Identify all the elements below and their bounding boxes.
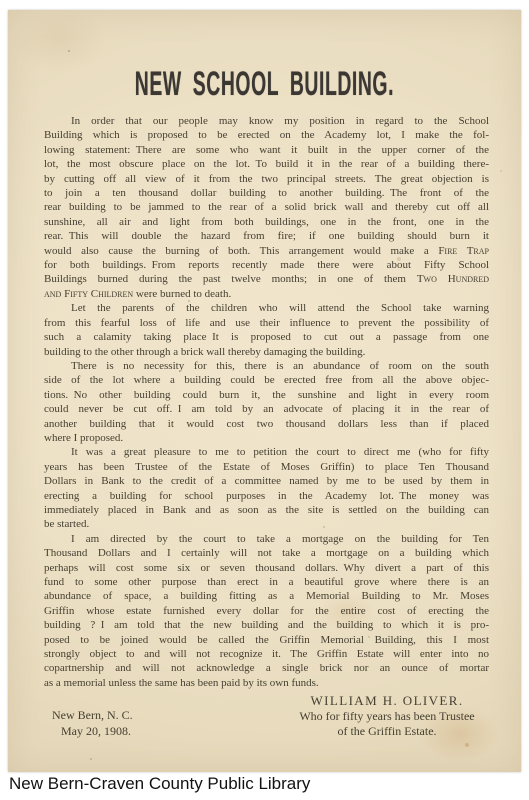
text-line: fund to some other purpose than erect in… [44, 575, 489, 589]
text-line: such a calamity taking place It is propo… [44, 330, 489, 344]
text-line: I am directed by the court to take a mor… [44, 532, 489, 546]
text-line: by cutting off all view of it from the t… [44, 172, 489, 186]
closing-block: New Bern, N. C. May 20, 1908. WILLIAM H.… [52, 693, 503, 739]
text-line: building ? I am told that the new buildi… [44, 618, 489, 632]
text-line: lot, the most obscure place on the lot. … [44, 157, 489, 171]
text-line: rear. This will double the hazard from f… [44, 229, 489, 243]
text-line: Dollars in Bank to the credit of a commi… [44, 474, 489, 488]
text-line: posed to be joined would be called the G… [44, 633, 489, 647]
library-caption: New Bern-Craven County Public Library [9, 774, 310, 794]
title-row: NEW SCHOOL BUILDING. [8, 10, 521, 104]
scan-page: NEW SCHOOL BUILDING. In order that our p… [0, 0, 529, 800]
paragraph: There is no necessity for this, there is… [44, 359, 489, 445]
paragraph: In order that our people may know my pos… [44, 114, 489, 301]
text-line: years has been Trustee of the Estate of … [44, 460, 489, 474]
text-line: side of the lot where a building could b… [44, 373, 489, 387]
text-line: strongly object to and will not recogniz… [44, 647, 489, 661]
text-line: another building that it would cost two … [44, 417, 489, 431]
text-line: Building which is proposed to be erected… [44, 128, 489, 142]
text-line: lowing statement: There are some who wan… [44, 143, 489, 157]
signature-role-line2: of the Griffin Estate. [271, 724, 503, 739]
text-line: for both buildings. From reports recentl… [44, 258, 489, 272]
text-line: immediately placed in Bank and as soon a… [44, 503, 489, 517]
text-line: erecting a building for school purposes … [44, 489, 489, 503]
paragraph: It was a great pleasure to me to petitio… [44, 445, 489, 531]
text-line: rear building to be jammed to the rear o… [44, 200, 489, 214]
text-line: Let the parents of the children who will… [44, 301, 489, 315]
text-line: to join a ten thousand dollar building t… [44, 186, 489, 200]
text-line: copartnership and will not acknowledge a… [44, 661, 489, 675]
document-title: NEW SCHOOL BUILDING. [135, 66, 394, 102]
text-line: abundance of space, a building fitting a… [44, 589, 489, 603]
text-line: from this fearful loss of life and use t… [44, 316, 489, 330]
text-line: as a memorial unless the same has been p… [44, 676, 489, 690]
text-line: would also cause the burning of both. Th… [44, 244, 489, 258]
text-line: sunshine, all air and light from both bu… [44, 215, 489, 229]
text-line: There is no necessity for this, there is… [44, 359, 489, 373]
dateline: New Bern, N. C. May 20, 1908. [52, 693, 133, 739]
signature-block: WILLIAM H. OLIVER. Who for fifty years h… [271, 693, 503, 739]
signature-name: WILLIAM H. OLIVER. [271, 693, 503, 708]
text-line: It was a great pleasure to me to petitio… [44, 445, 489, 459]
text-line: perhaps will cost some six or seven thou… [44, 561, 489, 575]
text-line: where I proposed. [44, 431, 489, 445]
text-line: Buildings burned during the past twelve … [44, 272, 489, 286]
text-line: In order that our people may know my pos… [44, 114, 489, 128]
text-line: tions. No other building could burn it, … [44, 388, 489, 402]
text-line: Thousand Dollars and I certainly will no… [44, 546, 489, 560]
signature-role-line1: Who for fifty years has been Trustee [271, 709, 503, 724]
text-line: could never be cut off. I am told by an … [44, 402, 489, 416]
text-line: be started. [44, 517, 489, 531]
text-line: and Fifty Children were burned to death. [44, 287, 489, 301]
paragraph: Let the parents of the children who will… [44, 301, 489, 359]
dateline-date: May 20, 1908. [61, 724, 133, 740]
paragraph: I am directed by the court to take a mor… [44, 532, 489, 690]
document-paper: NEW SCHOOL BUILDING. In order that our p… [8, 10, 521, 772]
text-line: Griffin whose estate furnished every dol… [44, 604, 489, 618]
document-body: In order that our people may know my pos… [44, 114, 489, 690]
text-line: building to the other through a brick wa… [44, 345, 489, 359]
dateline-place: New Bern, N. C. [52, 708, 133, 724]
